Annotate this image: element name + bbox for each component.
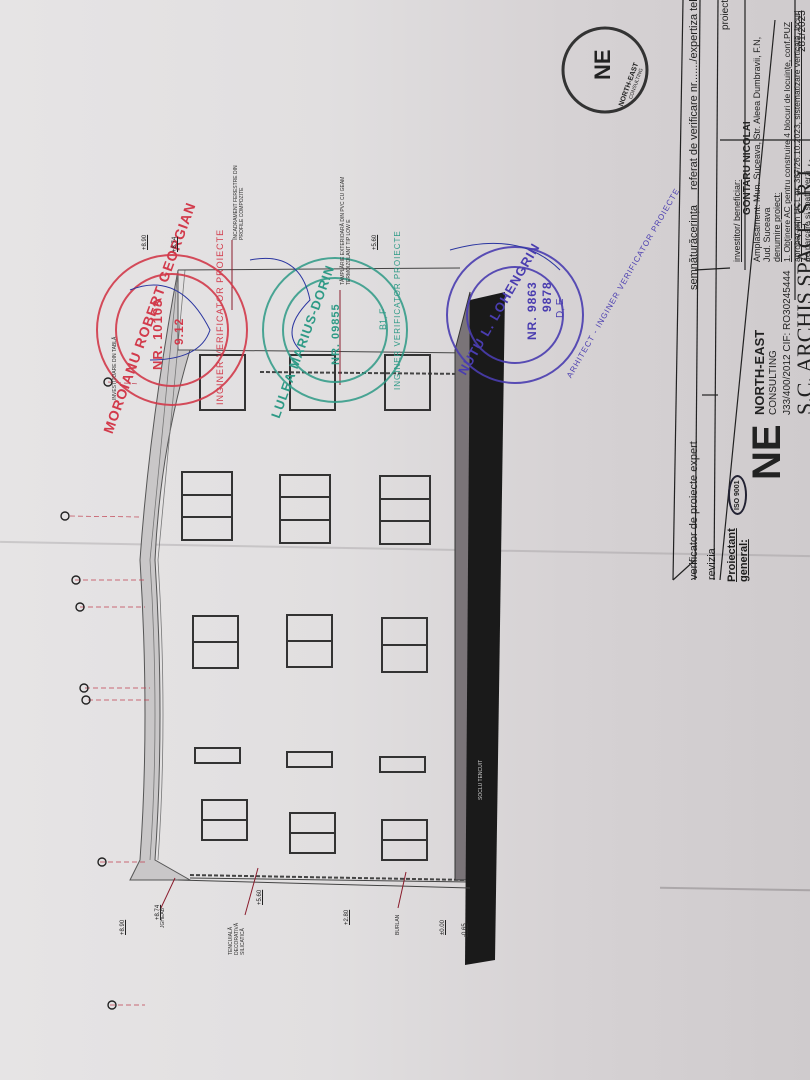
level-marker: +8.90 bbox=[120, 920, 126, 935]
verification-report-cell: referat de verificare nr......./expertiz… bbox=[688, 0, 700, 190]
iso-badge-icon: ISO 9001 bbox=[728, 475, 747, 515]
designer-company-subtitle: CONSULTING bbox=[768, 350, 779, 415]
level-marker: +5.60 bbox=[372, 235, 378, 250]
annotation-flashing: INVESTITOARE DIN TABLĂ bbox=[112, 337, 118, 400]
level-marker: +8.74 bbox=[172, 237, 178, 252]
level-marker: -0.65 bbox=[462, 923, 468, 937]
stamp-red-number: NR. 10103 bbox=[150, 299, 165, 370]
investor-label: investitor/ beneficiar: bbox=[732, 179, 742, 262]
requirement-cell: cerința bbox=[688, 205, 700, 238]
verifier-label: verificator de proiecte expert bbox=[688, 441, 700, 580]
level-marker: +8.90 bbox=[142, 235, 148, 250]
stamp-green-role: INGINER VERIFICATOR PROIECTE bbox=[393, 230, 402, 390]
level-marker: ±0.00 bbox=[440, 920, 446, 935]
stamp-blue-number: NR. 9863 bbox=[525, 281, 539, 340]
project-no: 281/2023 bbox=[797, 10, 808, 52]
revision-label: revizia bbox=[706, 548, 718, 580]
stamp-red-role: INGINER VERIFICATOR PROIECTE bbox=[215, 229, 225, 405]
signature-cell: semnătură bbox=[688, 238, 700, 290]
stamp-blue-sub: D, E bbox=[555, 299, 566, 318]
annotation-plaster: TENCUIALĂ DECORATIVĂ SILICATICĂ bbox=[228, 905, 246, 955]
annotation-plinth: SOCLU TENCUIT bbox=[478, 760, 484, 800]
project-name-label: denumire proiect: bbox=[772, 192, 782, 262]
project-no-label: proiect nr. bbox=[720, 0, 731, 30]
annotation-pvc-joinery: TÂMPLĂRIE EXTERIOARĂ DIN PVC CU GEAM TER… bbox=[340, 175, 352, 285]
designer-company-name: NORTH-EAST bbox=[752, 330, 767, 415]
stamp-red-extra: 9.12 bbox=[172, 318, 186, 345]
stamp-green-extra: B1, F bbox=[378, 308, 388, 330]
annotation-window-frame: ÎNCADRAMENT FERESTRE DIN PROFILE COMPOZI… bbox=[233, 155, 245, 240]
annotation-gutter: JGHEAB bbox=[160, 908, 166, 928]
logo-stamp-icon: NE bbox=[590, 49, 616, 80]
designer-label: Proiectant general: bbox=[726, 522, 750, 582]
level-marker: +2.80 bbox=[344, 910, 350, 925]
stamp-green-number: NR. 09855 bbox=[330, 303, 342, 365]
ne-logo-icon: NE bbox=[745, 424, 790, 480]
stamp-blue-extra: 9878 bbox=[540, 281, 554, 312]
location-text: Amplasament: Mun. Suceava, Str. Aleea Du… bbox=[752, 27, 772, 262]
annotation-downpipe: BURLAN bbox=[395, 915, 401, 935]
level-marker: +5.60 bbox=[257, 890, 263, 905]
